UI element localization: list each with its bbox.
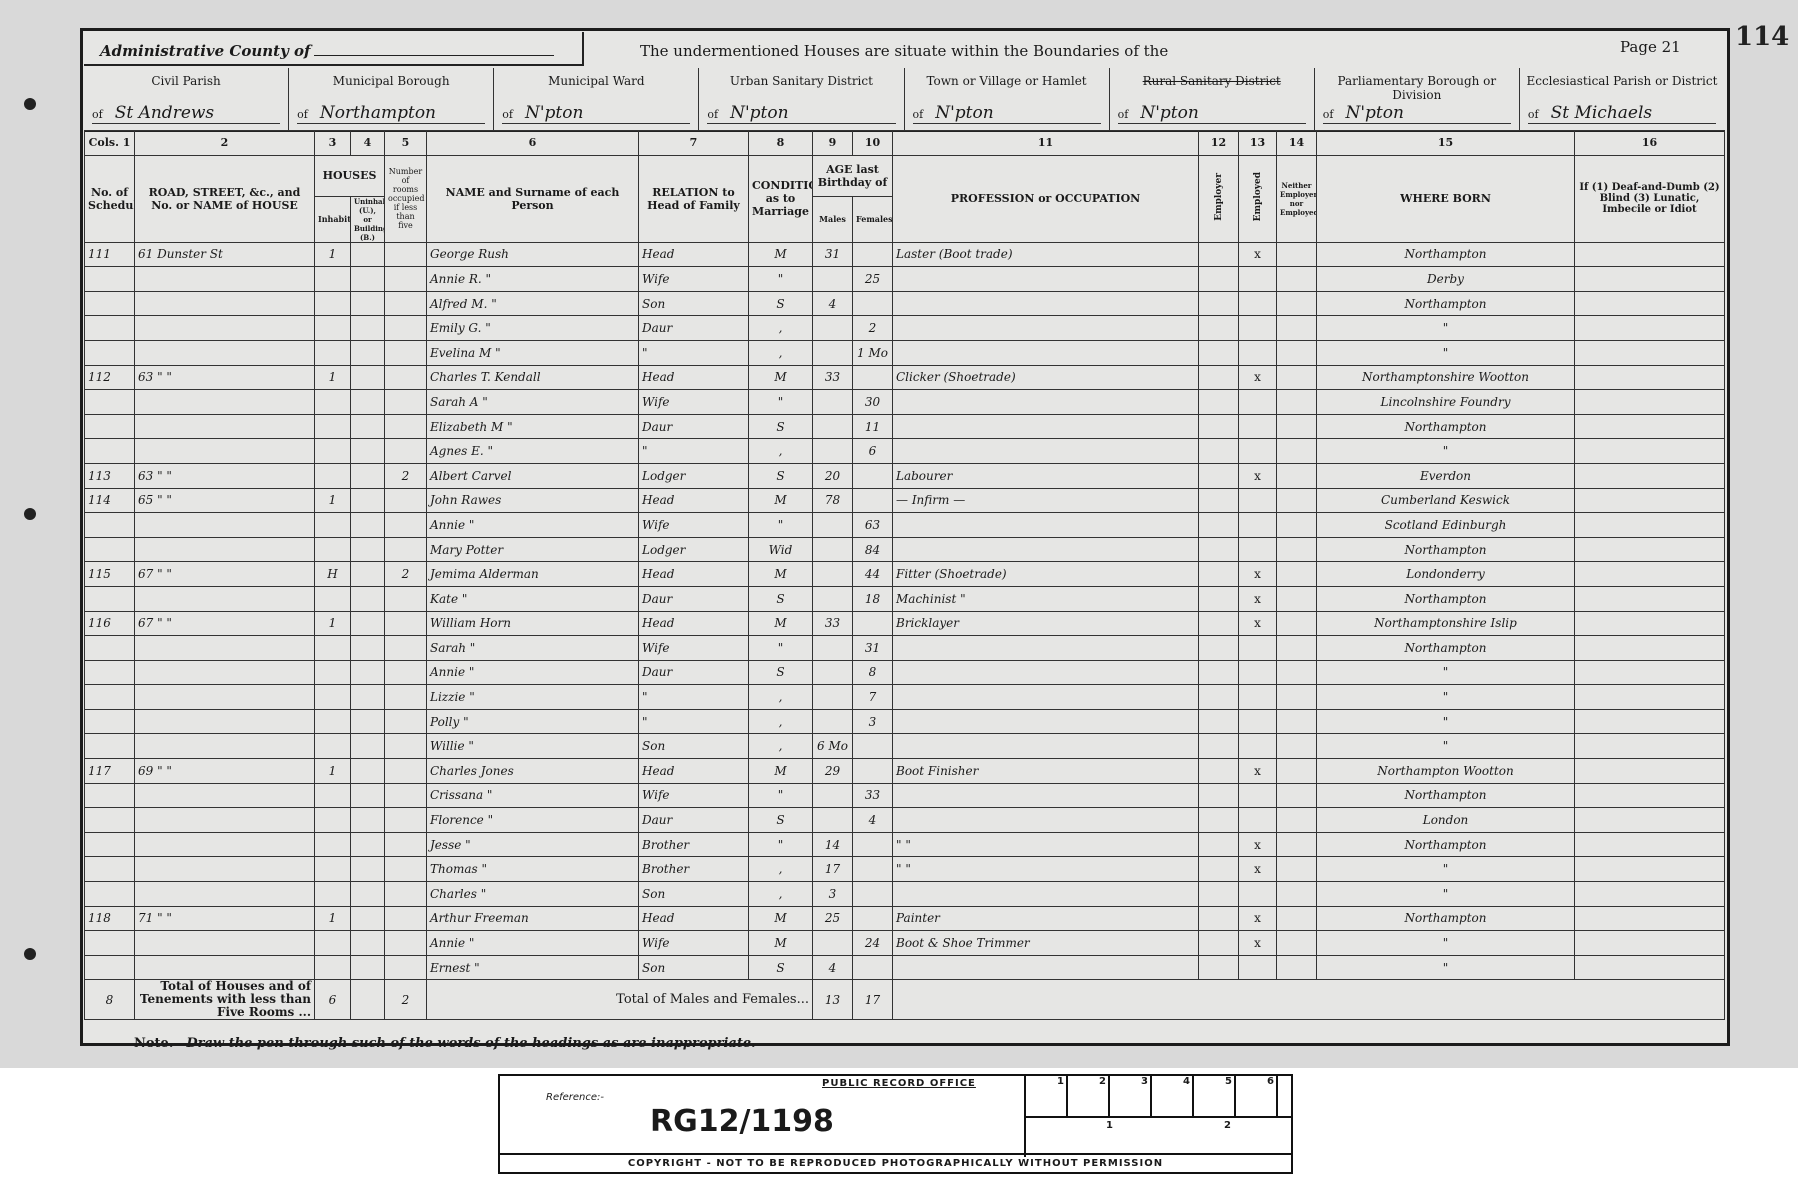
- ruler-cm-mark: 3: [1110, 1076, 1152, 1116]
- cell-relation: Wife: [639, 931, 749, 956]
- cell-rooms: [385, 783, 427, 808]
- cell-relation: Daur: [639, 808, 749, 833]
- cell-female-age: 11: [853, 414, 893, 439]
- cell-born: ": [1317, 340, 1575, 365]
- column-number: Cols. 1: [85, 131, 135, 156]
- area-4: Town or Village or HamletofN'pton: [905, 68, 1110, 130]
- cell-condition: M: [749, 365, 813, 390]
- cell-inhabited: 1: [315, 242, 351, 267]
- table-row: Annie "DaurS8": [85, 660, 1725, 685]
- cell-blank: [1575, 340, 1725, 365]
- cell-blank: [1199, 316, 1239, 341]
- header-houses: HOUSES: [315, 155, 385, 196]
- cell-male-age: 4: [813, 955, 853, 980]
- cell-condition: ,: [749, 340, 813, 365]
- cell-inhabited: [315, 709, 351, 734]
- column-header-row: No. of Schedule ROAD, STREET, &c., and N…: [85, 155, 1725, 196]
- cell-blank: [1277, 857, 1317, 882]
- cell-address: [135, 636, 315, 661]
- cell-name: Alfred M. ": [427, 291, 639, 316]
- cell-male-age: 31: [813, 242, 853, 267]
- cell-born: Northampton: [1317, 906, 1575, 931]
- ruler-cm-mark: 1: [1026, 1076, 1068, 1116]
- cell-address: 69 " ": [135, 759, 315, 784]
- cell-female-age: 4: [853, 808, 893, 833]
- cell-occupation: [893, 709, 1199, 734]
- cell-rooms: [385, 931, 427, 956]
- cell-employed: [1239, 636, 1277, 661]
- cell-relation: Head: [639, 611, 749, 636]
- cell-address: [135, 882, 315, 907]
- cell-blank: [1277, 414, 1317, 439]
- cell-inhabited: [315, 882, 351, 907]
- cell-name: Annie R. ": [427, 267, 639, 292]
- cell-schedule: [85, 832, 135, 857]
- cell-name: Emily G. ": [427, 316, 639, 341]
- cell-name: Annie ": [427, 660, 639, 685]
- cell-name: John Rawes: [427, 488, 639, 513]
- cell-blank: [1575, 906, 1725, 931]
- cell-born: ": [1317, 685, 1575, 710]
- cell-name: Crissana ": [427, 783, 639, 808]
- cell-inhabited: [315, 390, 351, 415]
- cell-inhabited: [315, 340, 351, 365]
- cell-blank: [1575, 537, 1725, 562]
- column-number: 8: [749, 131, 813, 156]
- cell-address: [135, 955, 315, 980]
- cell-rooms: [385, 832, 427, 857]
- cell-employed: x: [1239, 562, 1277, 587]
- header-females: Females: [853, 196, 893, 242]
- cell-name: Charles ": [427, 882, 639, 907]
- header-neither: Neither Employer nor Employed: [1277, 155, 1317, 242]
- cell-relation: Lodger: [639, 537, 749, 562]
- cell-relation: Wife: [639, 513, 749, 538]
- cell-condition: ,: [749, 857, 813, 882]
- cell-condition: M: [749, 488, 813, 513]
- cell-name: Evelina M ": [427, 340, 639, 365]
- cell-rooms: [385, 882, 427, 907]
- cell-female-age: [853, 906, 893, 931]
- cell-occupation: [893, 390, 1199, 415]
- cell-male-age: 20: [813, 463, 853, 488]
- cell-rooms: [385, 340, 427, 365]
- cell-born: Northampton: [1317, 291, 1575, 316]
- area-label: Town or Village or Hamlet: [905, 74, 1109, 88]
- cell-male-age: [813, 586, 853, 611]
- cell-blank: [1575, 955, 1725, 980]
- cell-occupation: [893, 734, 1199, 759]
- cell-blank: [351, 340, 385, 365]
- cell-schedule: [85, 513, 135, 538]
- cell-born: ": [1317, 857, 1575, 882]
- header-occupation: PROFESSION or OCCUPATION: [893, 155, 1199, 242]
- cell-schedule: [85, 882, 135, 907]
- cell-blank: [1277, 808, 1317, 833]
- cell-employed: x: [1239, 242, 1277, 267]
- cell-inhabited: [315, 316, 351, 341]
- cell-inhabited: 1: [315, 611, 351, 636]
- cell-schedule: [85, 955, 135, 980]
- ruler-cm-mark: 4: [1152, 1076, 1194, 1116]
- cell-blank: [351, 734, 385, 759]
- cell-condition: ": [749, 390, 813, 415]
- cell-blank: [351, 488, 385, 513]
- cell-occupation: Laster (Boot trade): [893, 242, 1199, 267]
- cell-blank: [1575, 513, 1725, 538]
- cell-occupation: Painter: [893, 906, 1199, 931]
- cell-employed: [1239, 537, 1277, 562]
- cell-schedule: 115: [85, 562, 135, 587]
- cell-occupation: Fitter (Shoetrade): [893, 562, 1199, 587]
- column-number: 16: [1575, 131, 1725, 156]
- cell-address: [135, 291, 315, 316]
- area-value: ofN'pton: [1323, 103, 1511, 124]
- cell-blank: [1277, 906, 1317, 931]
- cell-blank: [1575, 291, 1725, 316]
- census-page-scan: 114 Administrative County of The underme…: [0, 0, 1798, 1068]
- cell-schedule: [85, 931, 135, 956]
- cell-born: Northampton: [1317, 537, 1575, 562]
- cell-blank: [1277, 685, 1317, 710]
- cell-blank: [351, 513, 385, 538]
- cell-inhabited: [315, 636, 351, 661]
- cell-blank: [351, 955, 385, 980]
- cell-relation: Head: [639, 562, 749, 587]
- cell-employed: [1239, 882, 1277, 907]
- cell-blank: [351, 709, 385, 734]
- cell-condition: S: [749, 586, 813, 611]
- cell-inhabited: [315, 513, 351, 538]
- cell-born: Northamptonshire Islip: [1317, 611, 1575, 636]
- cell-blank: [351, 291, 385, 316]
- cell-name: Lizzie ": [427, 685, 639, 710]
- cell-inhabited: [315, 734, 351, 759]
- cell-employed: [1239, 439, 1277, 464]
- cell-male-age: [813, 562, 853, 587]
- cell-blank: [1277, 734, 1317, 759]
- table-row: 11263 " "1Charles T. KendallHeadM33Click…: [85, 365, 1725, 390]
- table-row: Annie R. "Wife"25Derby: [85, 267, 1725, 292]
- cell-male-age: [813, 808, 853, 833]
- cell-rooms: [385, 759, 427, 784]
- cell-employed: [1239, 709, 1277, 734]
- area-label: Municipal Borough: [289, 74, 493, 88]
- header-employer: Employer: [1199, 155, 1239, 242]
- cell-name: Jemima Alderman: [427, 562, 639, 587]
- cell-occupation: [893, 291, 1199, 316]
- cell-occupation: [893, 660, 1199, 685]
- cell-blank: [351, 414, 385, 439]
- cell-rooms: [385, 414, 427, 439]
- column-number: 14: [1277, 131, 1317, 156]
- cell-condition: ": [749, 513, 813, 538]
- area-value: ofN'pton: [707, 103, 895, 124]
- cell-blank: [351, 267, 385, 292]
- cell-blank: [1575, 808, 1725, 833]
- cell-occupation: [893, 439, 1199, 464]
- header-uninhabited: Uninhabited (U.), or Building (B.): [351, 196, 385, 242]
- cell-blank: [1199, 242, 1239, 267]
- cell-blank: [1277, 882, 1317, 907]
- cell-schedule: [85, 439, 135, 464]
- cell-blank: [351, 783, 385, 808]
- cell-relation: Daur: [639, 660, 749, 685]
- cell-blank: [1277, 759, 1317, 784]
- cell-blank: [1199, 611, 1239, 636]
- cell-male-age: 3: [813, 882, 853, 907]
- cell-relation: Brother: [639, 832, 749, 857]
- cell-name: George Rush: [427, 242, 639, 267]
- area-value: ofSt Andrews: [92, 103, 280, 124]
- cell-name: Willie ": [427, 734, 639, 759]
- total-uninhabited: [351, 980, 385, 1020]
- cell-born: Everdon: [1317, 463, 1575, 488]
- area-3: Urban Sanitary DistrictofN'pton: [699, 68, 904, 130]
- cell-male-age: 25: [813, 906, 853, 931]
- cell-blank: [1277, 636, 1317, 661]
- cell-condition: M: [749, 931, 813, 956]
- cell-relation: Head: [639, 242, 749, 267]
- table-row: Annie "WifeM24Boot & Shoe Trimmerx": [85, 931, 1725, 956]
- area-label: Municipal Ward: [494, 74, 698, 88]
- cell-occupation: [893, 808, 1199, 833]
- cell-inhabited: [315, 931, 351, 956]
- cell-relation: Wife: [639, 783, 749, 808]
- cell-born: Northampton Wootton: [1317, 759, 1575, 784]
- table-row: 11465 " "1John RawesHeadM78— Infirm —Cum…: [85, 488, 1725, 513]
- cell-male-age: [813, 340, 853, 365]
- table-row: 11161 Dunster St1George RushHeadM31Laste…: [85, 242, 1725, 267]
- cell-female-age: 18: [853, 586, 893, 611]
- area-value: ofSt Michaels: [1528, 103, 1716, 124]
- cell-schedule: [85, 390, 135, 415]
- reference-stamp: PUBLIC RECORD OFFICE Reference:- RG12/11…: [498, 1074, 1293, 1174]
- footnote: Note.—Draw the pen through such of the w…: [134, 1036, 756, 1051]
- cell-blank: [1575, 611, 1725, 636]
- cell-employed: [1239, 513, 1277, 538]
- table-row: Sarah "Wife"31Northampton: [85, 636, 1725, 661]
- cell-female-age: [853, 759, 893, 784]
- cell-occupation: [893, 685, 1199, 710]
- cell-blank: [1277, 611, 1317, 636]
- column-number: 9: [813, 131, 853, 156]
- cell-female-age: [853, 882, 893, 907]
- cell-employed: x: [1239, 463, 1277, 488]
- cell-inhabited: [315, 857, 351, 882]
- intro-text: The undermentioned Houses are situate wi…: [640, 42, 1168, 60]
- cell-condition: M: [749, 562, 813, 587]
- cell-condition: ": [749, 636, 813, 661]
- cell-blank: [1277, 931, 1317, 956]
- table-row: Polly "",3": [85, 709, 1725, 734]
- cell-condition: S: [749, 955, 813, 980]
- cell-inhabited: [315, 832, 351, 857]
- header-employed: Employed: [1239, 155, 1277, 242]
- header-road: ROAD, STREET, &c., and No. or NAME of HO…: [135, 155, 315, 242]
- cell-relation: Daur: [639, 586, 749, 611]
- cell-occupation: Bricklayer: [893, 611, 1199, 636]
- cell-female-age: [853, 488, 893, 513]
- cell-female-age: [853, 734, 893, 759]
- cell-occupation: [893, 513, 1199, 538]
- cell-female-age: 7: [853, 685, 893, 710]
- census-rows: 11161 Dunster St1George RushHeadM31Laste…: [85, 242, 1725, 980]
- area-1: Municipal BoroughofNorthampton: [289, 68, 494, 130]
- column-number: 6: [427, 131, 639, 156]
- cell-female-age: 8: [853, 660, 893, 685]
- cell-female-age: [853, 291, 893, 316]
- cell-male-age: [813, 636, 853, 661]
- cell-female-age: 30: [853, 390, 893, 415]
- total-schedules: 8: [85, 980, 135, 1020]
- cell-inhabited: [315, 439, 351, 464]
- cell-blank: [1277, 562, 1317, 587]
- cell-blank: [351, 906, 385, 931]
- cell-blank: [1199, 783, 1239, 808]
- cell-schedule: 117: [85, 759, 135, 784]
- cell-blank: [1199, 955, 1239, 980]
- area-value: ofN'pton: [502, 103, 690, 124]
- cell-name: Polly ": [427, 709, 639, 734]
- scale-ruler: 12345612: [1024, 1076, 1291, 1157]
- cell-address: [135, 586, 315, 611]
- cell-rooms: 2: [385, 463, 427, 488]
- cell-name: Albert Carvel: [427, 463, 639, 488]
- cell-female-age: [853, 955, 893, 980]
- cell-blank: [1277, 783, 1317, 808]
- cell-name: Ernest ": [427, 955, 639, 980]
- column-number: 2: [135, 131, 315, 156]
- cell-address: [135, 685, 315, 710]
- cell-blank: [1575, 562, 1725, 587]
- cell-blank: [1199, 709, 1239, 734]
- cell-born: ": [1317, 709, 1575, 734]
- cell-address: 67 " ": [135, 611, 315, 636]
- cell-blank: [1575, 931, 1725, 956]
- cell-condition: S: [749, 463, 813, 488]
- area-value: ofN'pton: [913, 103, 1101, 124]
- cell-blank: [1277, 832, 1317, 857]
- column-number: 10: [853, 131, 893, 156]
- cell-rooms: [385, 709, 427, 734]
- cell-born: Northampton: [1317, 242, 1575, 267]
- cell-blank: [351, 660, 385, 685]
- folio-number: 114: [1735, 22, 1789, 52]
- cell-blank: [1199, 439, 1239, 464]
- cell-employed: x: [1239, 611, 1277, 636]
- cell-schedule: [85, 734, 135, 759]
- area-label: Civil Parish: [84, 74, 288, 88]
- cell-blank: [1277, 291, 1317, 316]
- cell-blank: [1199, 414, 1239, 439]
- cell-rooms: [385, 365, 427, 390]
- cell-female-age: 25: [853, 267, 893, 292]
- cell-address: [135, 340, 315, 365]
- cell-female-age: [853, 857, 893, 882]
- cell-male-age: 6 Mo: [813, 734, 853, 759]
- cell-blank: [1199, 832, 1239, 857]
- cell-name: Agnes E. ": [427, 439, 639, 464]
- cell-address: 71 " ": [135, 906, 315, 931]
- cell-female-age: [853, 365, 893, 390]
- cell-address: 65 " ": [135, 488, 315, 513]
- cell-female-age: 84: [853, 537, 893, 562]
- cell-inhabited: 1: [315, 488, 351, 513]
- cell-schedule: [85, 267, 135, 292]
- header-relation: RELATION to Head of Family: [639, 155, 749, 242]
- cell-occupation: [893, 414, 1199, 439]
- cell-blank: [1575, 709, 1725, 734]
- cell-name: Mary Potter: [427, 537, 639, 562]
- cell-name: Elizabeth M ": [427, 414, 639, 439]
- cell-address: [135, 537, 315, 562]
- cell-blank: [1575, 390, 1725, 415]
- cell-blank: [351, 242, 385, 267]
- cell-schedule: [85, 660, 135, 685]
- table-row: Florence "DaurS4London: [85, 808, 1725, 833]
- cell-schedule: [85, 414, 135, 439]
- area-value: ofNorthampton: [297, 103, 485, 124]
- column-number: 7: [639, 131, 749, 156]
- cell-blank: [1277, 586, 1317, 611]
- cell-name: Arthur Freeman: [427, 906, 639, 931]
- cell-condition: ": [749, 783, 813, 808]
- cell-address: [135, 316, 315, 341]
- cell-relation: Head: [639, 365, 749, 390]
- cell-occupation: Boot Finisher: [893, 759, 1199, 784]
- ruler-inch-mark: 1: [1106, 1120, 1113, 1131]
- cell-inhabited: [315, 808, 351, 833]
- cell-name: Charles Jones: [427, 759, 639, 784]
- cell-address: [135, 414, 315, 439]
- cell-born: Northampton: [1317, 414, 1575, 439]
- cell-condition: M: [749, 759, 813, 784]
- cell-employed: x: [1239, 906, 1277, 931]
- cell-blank: [1199, 734, 1239, 759]
- table-row: Elizabeth M "DaurS11Northampton: [85, 414, 1725, 439]
- total-houses-label: Total of Houses and of Tenements with le…: [135, 980, 315, 1020]
- cell-inhabited: [315, 291, 351, 316]
- cell-born: Derby: [1317, 267, 1575, 292]
- cell-employed: x: [1239, 857, 1277, 882]
- cell-blank: [1277, 463, 1317, 488]
- cell-blank: [1277, 267, 1317, 292]
- cell-address: 63 " ": [135, 463, 315, 488]
- header-rooms: Number of rooms occupied if less than fi…: [385, 155, 427, 242]
- cell-blank: [1575, 734, 1725, 759]
- cell-inhabited: H: [315, 562, 351, 587]
- cell-relation: ": [639, 439, 749, 464]
- cell-blank: [351, 636, 385, 661]
- header-infirmity: If (1) Deaf-and-Dumb (2) Blind (3) Lunat…: [1575, 155, 1725, 242]
- column-number: 11: [893, 131, 1199, 156]
- cell-relation: Wife: [639, 636, 749, 661]
- cell-blank: [1575, 463, 1725, 488]
- cell-female-age: [853, 832, 893, 857]
- cell-inhabited: [315, 955, 351, 980]
- cell-blank: [1277, 709, 1317, 734]
- table-row: 11363 " "2Albert CarvelLodgerS20Labourer…: [85, 463, 1725, 488]
- cell-born: Northamptonshire Wootton: [1317, 365, 1575, 390]
- table-row: Thomas "Brother,17" "x": [85, 857, 1725, 882]
- cell-blank: [1575, 660, 1725, 685]
- cell-schedule: [85, 636, 135, 661]
- table-row: Crissana "Wife"33Northampton: [85, 783, 1725, 808]
- cell-male-age: [813, 390, 853, 415]
- cell-relation: Wife: [639, 390, 749, 415]
- cell-occupation: [893, 636, 1199, 661]
